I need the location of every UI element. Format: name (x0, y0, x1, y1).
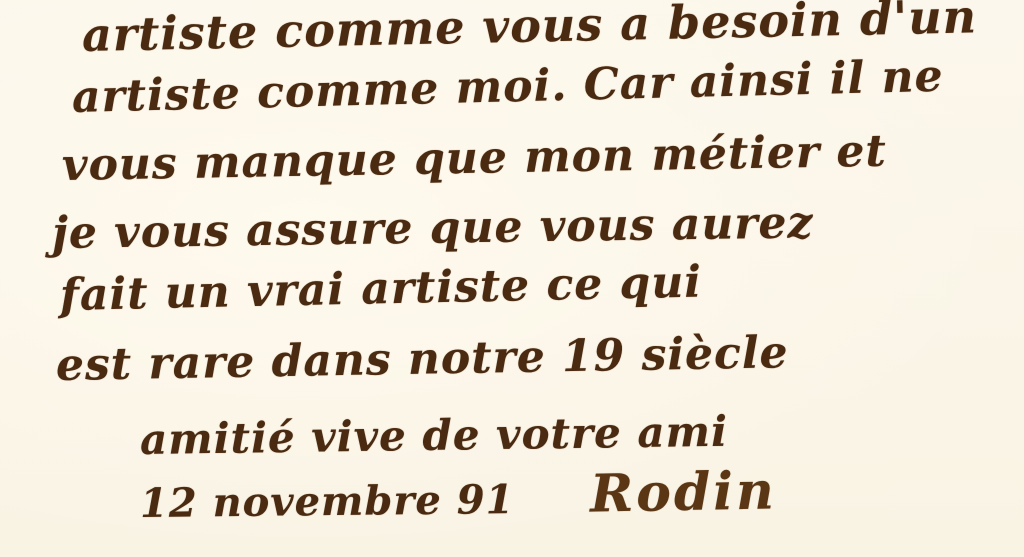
closing-line: amitié vive de votre ami (140, 407, 729, 464)
letter-line-4: je vous assure que vous aurez (52, 197, 814, 259)
letter-date: 12 novembre 91 (140, 476, 515, 527)
signature: Rodin (589, 460, 777, 524)
